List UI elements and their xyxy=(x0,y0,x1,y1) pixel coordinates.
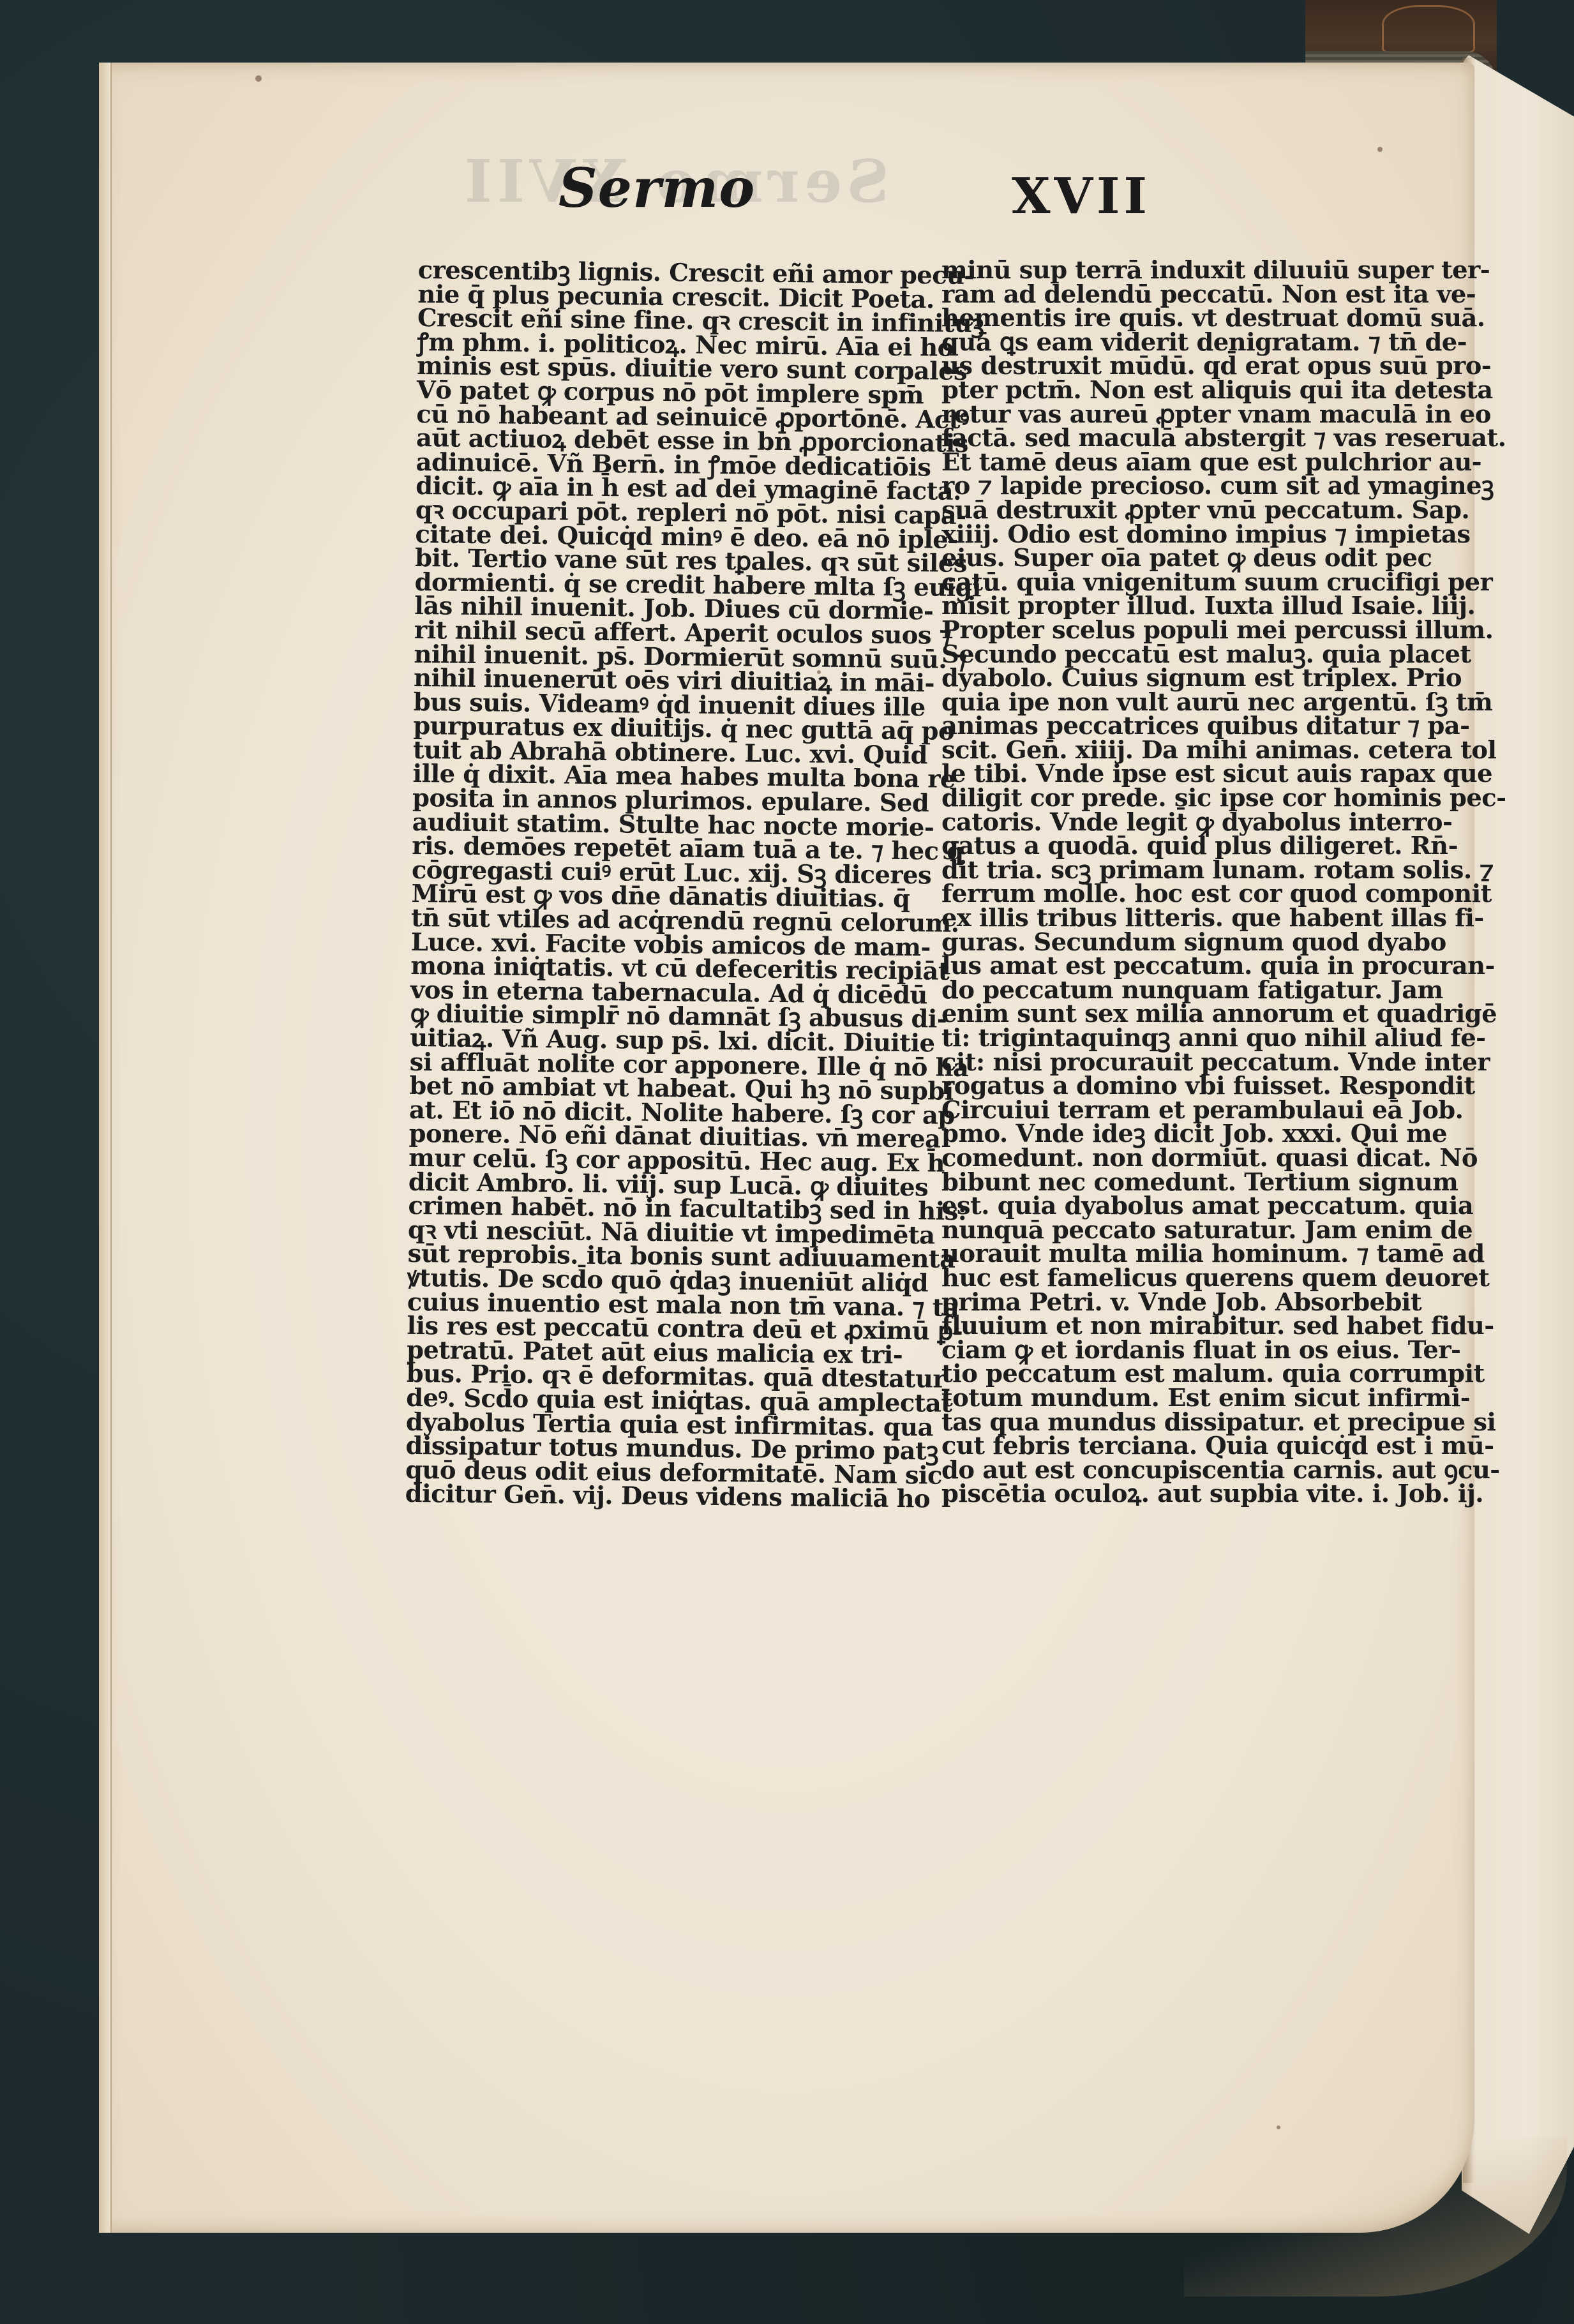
text-line: tio peccatum est malum. quia corrumpit xyxy=(941,1362,1427,1386)
text-line: dyabolo. Cuius signum est triplex. Prio xyxy=(941,666,1427,691)
text-line: est. quia dyabolus amat peccatum. quia xyxy=(941,1194,1427,1218)
text-line: totum mundum. Est enim sicut infirmi- xyxy=(941,1386,1427,1411)
text-line: fluuium et non mirabitur. sed habet fidu… xyxy=(941,1314,1427,1338)
text-line: factā. sed maculā abstergit ⁊ vas reseru… xyxy=(941,426,1427,451)
text-line: ti: trigintaquinqꝫ anni quo nihil aliud … xyxy=(941,1026,1427,1051)
text-line: ex illis tribus litteris. que habent ill… xyxy=(941,906,1427,931)
paper-speck xyxy=(1377,147,1383,152)
text-line: cit: nisi procurauit peccatum. Vnde inte… xyxy=(941,1051,1427,1075)
text-line: animas peccatrices quibus ditatur ⁊ pa- xyxy=(941,714,1427,738)
text-line: cut febris terciana. Quia quicq̇d est i … xyxy=(941,1434,1427,1458)
text-line: uorauit multa milia hominum. ⁊ tamē ad xyxy=(941,1242,1427,1266)
text-line: xiiij. Odio est domino impius ⁊ impietas xyxy=(941,523,1427,547)
text-line: lus amat est peccatum. quia in procuran- xyxy=(941,954,1427,978)
running-head-left: Sermo xyxy=(558,156,755,220)
text-line: quā ꝗs eam viderit denigratam. ⁊ tn̄ de- xyxy=(941,331,1427,355)
text-line: tas qua mundus dissipatur. et precipue s… xyxy=(941,1411,1427,1435)
text-line: piscētia oculoꝝ. aut supbia vite. i. Job… xyxy=(941,1482,1427,1506)
binding-tooling-ornament xyxy=(1382,5,1475,54)
text-line: catū. quia vnigenitum suum crucifigi per xyxy=(941,571,1427,595)
text-line: bibunt nec comedunt. Tertium signum xyxy=(941,1171,1427,1195)
text-line: rogatus a domino vbi fuisset. Respondit xyxy=(941,1074,1427,1098)
text-line: quia ipe non vult aurū nec argentū. ſꝫ t… xyxy=(941,691,1427,715)
text-line: prima Petri. v. Vnde Job. Absorbebit xyxy=(941,1291,1427,1315)
text-line: do peccatum nunquam fatigatur. Jam xyxy=(941,978,1427,1003)
text-line: enim sunt sex milia annorum et quadrigē xyxy=(941,1002,1427,1026)
text-line: minū sup terrā induxit diluuiū super ter… xyxy=(941,259,1427,283)
text-line: dicitur Gen̄. vij. Deus videns maliciā h… xyxy=(405,1482,874,1511)
text-line: le tibi. Vnde ipse est sicut auis rapax … xyxy=(941,762,1427,786)
text-column-right: minū sup terrā induxit diluuiū super ter… xyxy=(941,259,1427,1506)
text-line: scit. Gen̄. xiiij. Da mihi animas. ceter… xyxy=(941,738,1427,763)
text-line: suā destruxit ꝓpter vnū peccatum. Sap. xyxy=(941,499,1427,523)
text-line: pter pctm̄. Non est aliquis qui ita dete… xyxy=(941,379,1427,403)
text-line: ro ⁊ lapide precioso. cum sit ad ymagine… xyxy=(941,474,1427,499)
text-line: eius. Super oīa patet ꝙ deus odit pec xyxy=(941,546,1427,571)
text-line: guras. Secundum signum quod dyabo xyxy=(941,931,1427,955)
text-line: do aut est concupiscentia carnis. aut ꝯc… xyxy=(941,1458,1427,1483)
text-line: pmo. Vnde ideꝫ dicit Job. xxxi. Qui me xyxy=(941,1122,1427,1146)
running-head-numeral: XVII xyxy=(1012,167,1151,225)
text-line: gatus a quodā. quid plus diligeret. Rn̄- xyxy=(941,834,1427,858)
paper-speck xyxy=(255,75,262,82)
text-line: Circuiui terram et perambulaui eā Job. xyxy=(941,1098,1427,1123)
text-line: ciam ꝙ et iordanis fluat in os eius. Ter… xyxy=(941,1338,1427,1363)
text-line: Secundo peccatū est maluꝫ. quia placet xyxy=(941,643,1427,667)
text-line: us destruxit mūdū. qd̄ erat opus suū pro… xyxy=(941,354,1427,379)
text-line: huc est famelicus querens quem deuoret xyxy=(941,1266,1427,1291)
text-line: retur vas aureū ꝓpter vnam maculā in eo xyxy=(941,403,1427,427)
text-line: hementis ire quis. vt destruat domū suā. xyxy=(941,306,1427,331)
text-line: diligit cor prede. sic ipse cor hominis … xyxy=(941,786,1427,811)
text-line: catoris. Vnde legit̄ ꝙ dyabolus interro- xyxy=(941,811,1427,835)
paper-speck xyxy=(1277,2125,1280,2129)
text-line: nunquā peccato saturatur. Jam enim de xyxy=(941,1218,1427,1243)
text-column-left: crescentibꝫ lignis. Crescit eñi amor pec… xyxy=(405,259,887,1511)
text-line: dit tria. scꝫ primam lunam. rotam solis.… xyxy=(941,858,1427,883)
text-line: ram ad delendū peccatū. Non est ita ve- xyxy=(941,283,1427,307)
paper-speck xyxy=(817,670,821,674)
text-line: misit propter illud. Iuxta illud Isaie. … xyxy=(941,594,1427,618)
text-line: Propter scelus populi mei percussi illum… xyxy=(941,618,1427,643)
text-line: ferrum molle. hoc est cor quod componit̄ xyxy=(941,882,1427,906)
text-line: comedunt. non dormiūt. quasi dicat. Nō xyxy=(941,1146,1427,1171)
text-line: Et tamē deus aīam que est pulchrior au- xyxy=(941,451,1427,475)
